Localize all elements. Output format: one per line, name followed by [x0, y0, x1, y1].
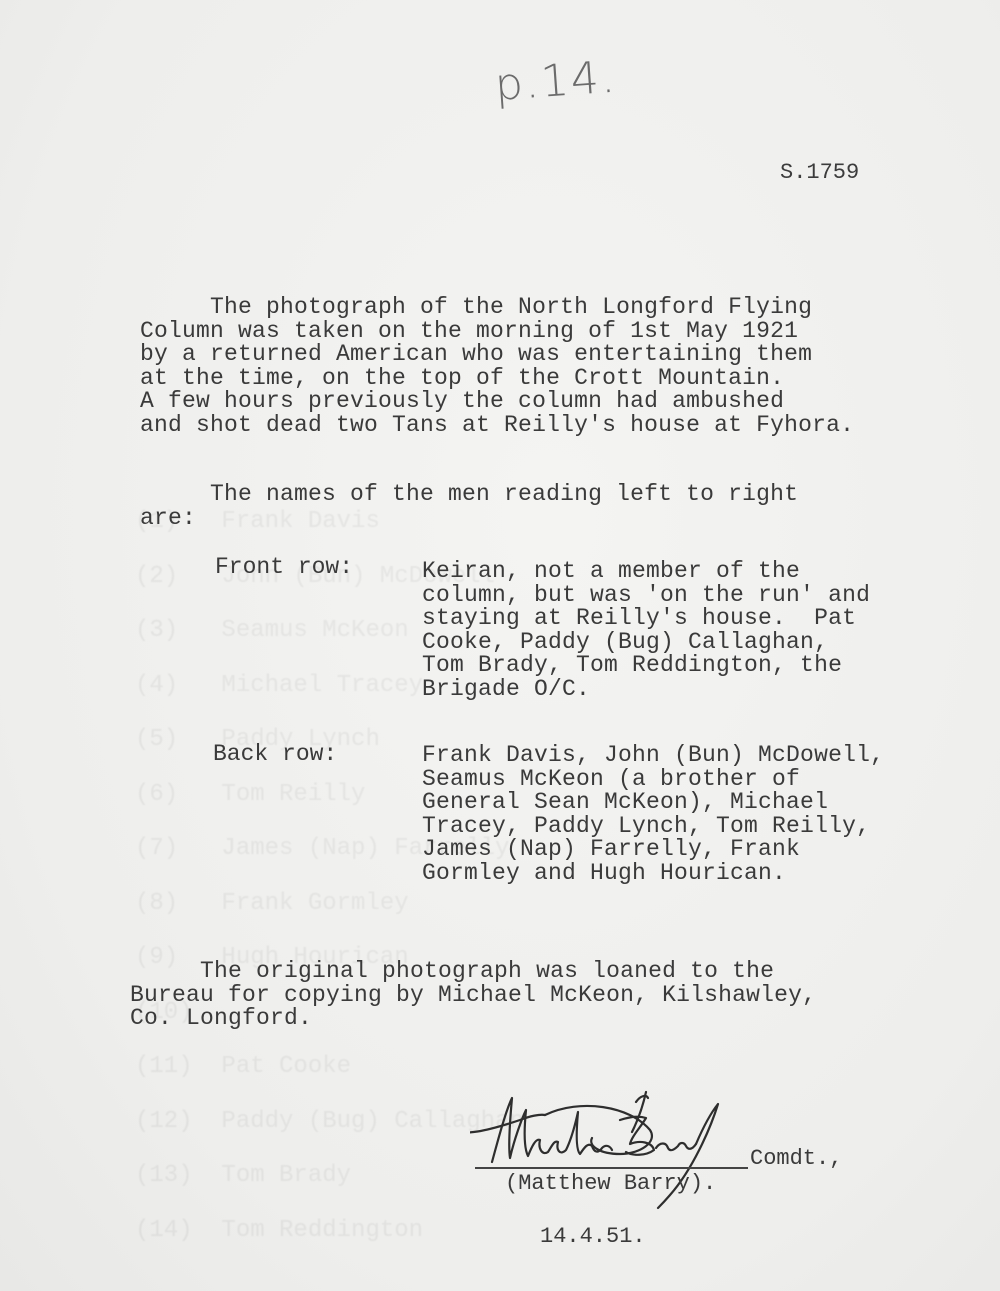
- front-row-label: Front row:: [215, 554, 353, 580]
- signature-block: Comdt., (Matthew Barry).: [470, 1090, 890, 1260]
- reference-number: S.1759: [780, 160, 859, 185]
- back-row-names: Frank Davis, John (Bun) McDowell, Seamus…: [422, 744, 884, 885]
- document-date: 14.4.51.: [540, 1224, 646, 1249]
- signatory-name: (Matthew Barry).: [505, 1171, 716, 1196]
- front-row-names: Keiran, not a member of the column, but …: [422, 560, 870, 701]
- handwritten-page-reference: p.14.: [493, 52, 618, 111]
- paragraph-photograph-description: The photograph of the North Longford Fly…: [140, 296, 854, 437]
- paragraph-loan-note: The original photograph was loaned to th…: [130, 960, 816, 1031]
- back-row-label: Back row:: [213, 741, 337, 767]
- document-page: (1) Frank Davis (2) John (Bun) McDowell …: [0, 0, 1000, 1291]
- handwritten-signature: [470, 1090, 770, 1230]
- signatory-rank: Comdt.,: [750, 1146, 842, 1171]
- signature-line: [475, 1167, 748, 1169]
- paragraph-names-intro: The names of the men reading left to rig…: [140, 483, 798, 530]
